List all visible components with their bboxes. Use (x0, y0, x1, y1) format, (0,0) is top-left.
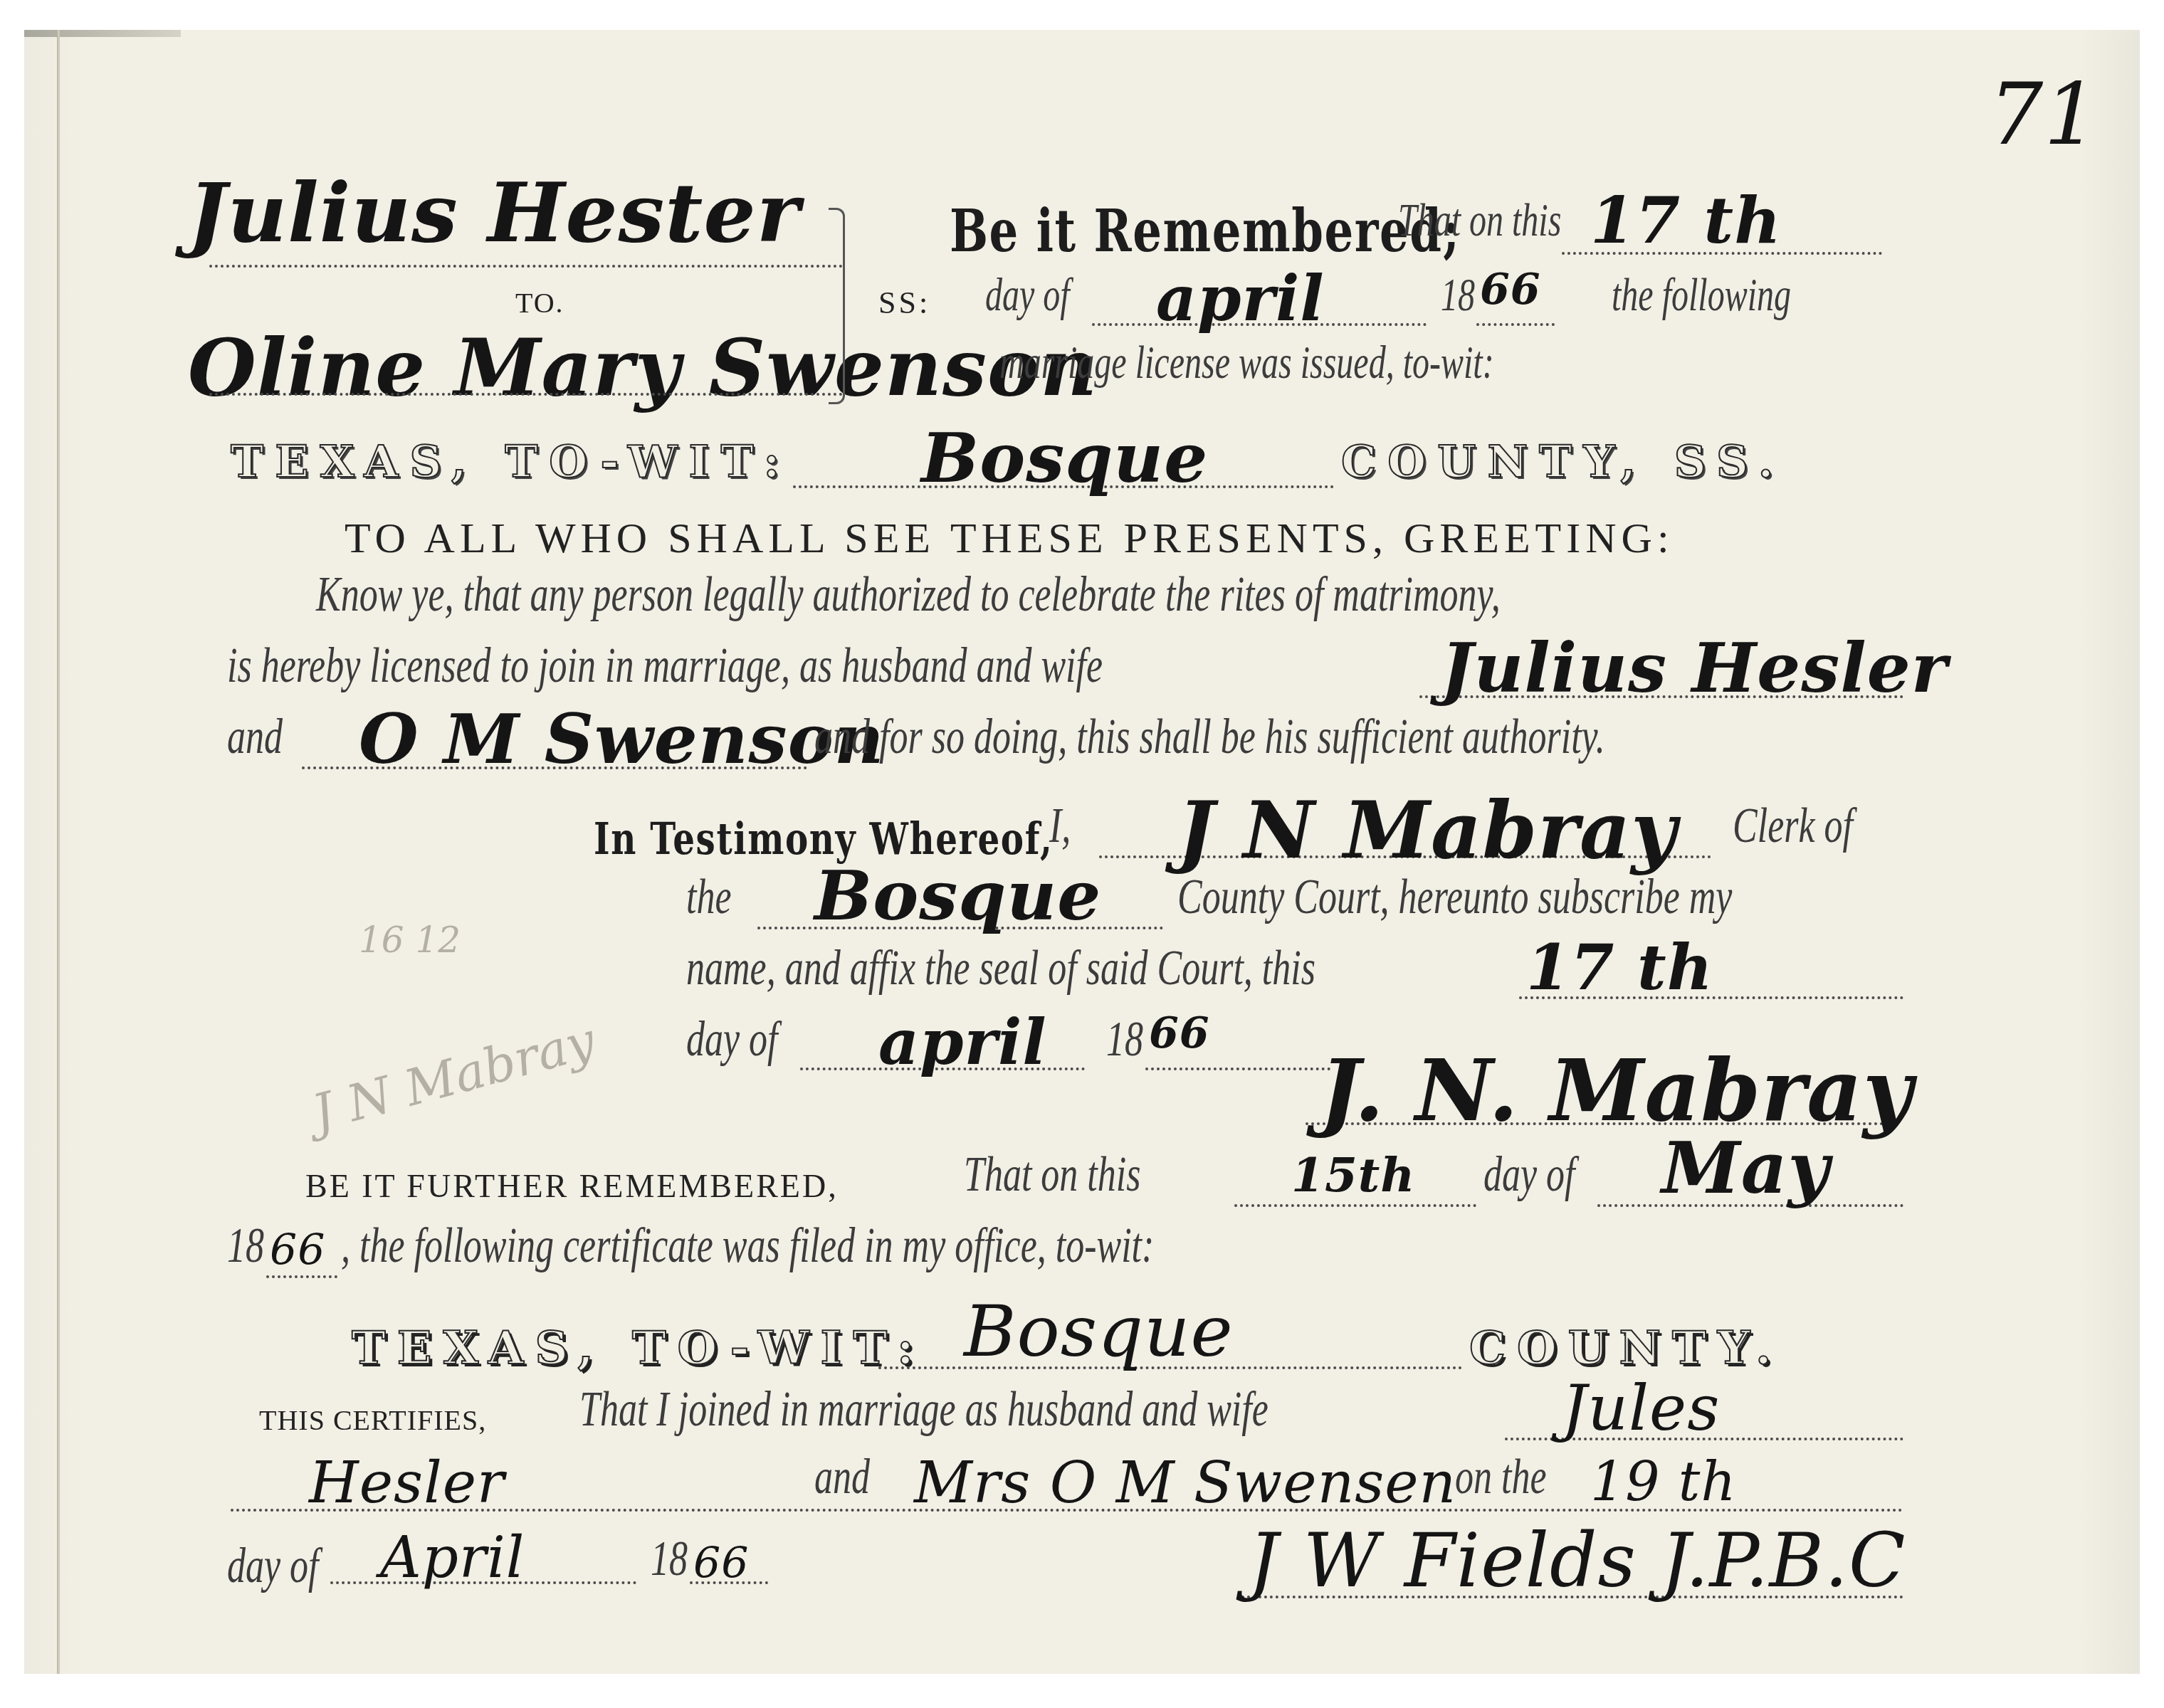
seal-year-value: 66 (1149, 1008, 1210, 1058)
groom-name-header: Julius Hester (188, 165, 800, 261)
on-the-text: on the (1455, 1449, 1547, 1506)
filing-day-of-text: day of (1483, 1146, 1575, 1203)
to-label: TO. (515, 286, 564, 320)
be-it-further-remembered-heading: BE IT FURTHER REMEMBERED, (305, 1167, 839, 1205)
bleed-through-mark: 16 12 (359, 919, 461, 961)
certificate-husband-first: Jules (1562, 1371, 1720, 1445)
filed-day-value: 15th (1291, 1147, 1415, 1203)
bride-line (209, 393, 843, 396)
be-it-remembered-heading: Be it Remembered; (950, 197, 1461, 265)
greeting-heading: TO ALL WHO SHALL SEE THESE PRESENTS, GRE… (345, 514, 1674, 563)
filed-day-line (1234, 1204, 1476, 1207)
seal-year-line (1145, 1067, 1330, 1070)
certificate-and-label: and (814, 1449, 870, 1506)
filed-month-value: May (1661, 1126, 1830, 1210)
header-bracket (829, 208, 845, 404)
filed-year-value: 66 (270, 1225, 325, 1275)
county-court-text: County Court, hereunto subscribe my (1177, 869, 1732, 926)
certificate-texas-to-wit-heading: TEXAS, TO-WIT: (352, 1322, 925, 1375)
authority-text: and for so doing, this shall be his suff… (814, 709, 1605, 766)
page-number: 71 (1989, 65, 2099, 164)
county-ss-label: COUNTY, SS. (1341, 436, 1785, 487)
county-name-value: Bosque (921, 418, 1208, 498)
issue-year-value: 66 (1480, 265, 1541, 315)
license-issued-text: marriage license was issued, to-wit: (999, 337, 1494, 389)
day-of-text: day of (985, 269, 1070, 322)
ss-label: SS: (878, 285, 930, 321)
wife-name-value: O M Swenson (359, 699, 884, 779)
the-label: the (686, 869, 732, 926)
marriage-year-prefix: 18 (651, 1531, 688, 1588)
seal-day-value: 17 th (1526, 930, 1713, 1004)
i-label: I, (1049, 798, 1071, 855)
filed-year-line (266, 1275, 337, 1278)
issue-month-value: april (1156, 261, 1325, 335)
seal-year-prefix: 18 (1106, 1011, 1143, 1068)
year-prefix: 18 (1441, 269, 1475, 322)
texas-to-wit-heading: TEXAS, TO-WIT: (231, 436, 791, 487)
certificate-wife-name: Mrs O M Swensen (914, 1450, 1456, 1516)
document-page: 71 Julius Hester TO. Oline Mary Swenson … (24, 30, 2140, 1674)
hereby-licensed-text: is hereby licensed to join in marriage, … (227, 638, 1103, 695)
filing-that-on-this-text: That on this (964, 1146, 1141, 1203)
know-ye-text: Know ye, that any person legally authori… (316, 566, 1501, 623)
husband-name-value: Julius Hesler (1441, 628, 1948, 708)
joined-text: That I joined in marriage as husband and… (579, 1381, 1269, 1438)
and-label: and (227, 709, 283, 766)
filing-year-prefix: 18 (227, 1218, 264, 1275)
marriage-day-value: 19 th (1590, 1450, 1736, 1513)
issue-day-value: 17 th (1590, 183, 1782, 258)
clerk-of-text: Clerk of (1733, 798, 1853, 855)
bleed-through-signature: J N Mabray (306, 1011, 601, 1142)
certificate-county-label: COUNTY. (1469, 1322, 1782, 1375)
court-county-value: Bosque (814, 855, 1101, 936)
page-fold-line (57, 30, 60, 1674)
marriage-day-of-text: day of (227, 1538, 319, 1595)
bride-name-header: Oline Mary Swenson (188, 322, 1098, 413)
marriage-year-line (690, 1581, 768, 1584)
this-certifies-heading: THIS CERTIFIES, (259, 1403, 486, 1437)
certificate-filed-text: , the following certificate was filed in… (341, 1218, 1154, 1275)
seal-month-value: april (878, 1005, 1047, 1079)
page-top-edge (24, 30, 181, 37)
certificate-county-value: Bosque (964, 1290, 1234, 1373)
clerk-name-value: J N Mabray (1177, 784, 1677, 876)
seal-day-of-text: day of (686, 1011, 778, 1068)
officiant-signature: J W Fields J.P.B.C (1249, 1517, 1906, 1604)
affix-seal-text: name, and affix the seal of said Court, … (686, 940, 1315, 997)
issue-year-line (1476, 323, 1555, 326)
groom-line (209, 265, 843, 268)
marriage-month-value: April (380, 1524, 525, 1591)
that-on-this-text: That on this (1398, 194, 1561, 247)
the-following-text: the following (1612, 269, 1791, 322)
certificate-husband-last: Hesler (309, 1450, 505, 1516)
